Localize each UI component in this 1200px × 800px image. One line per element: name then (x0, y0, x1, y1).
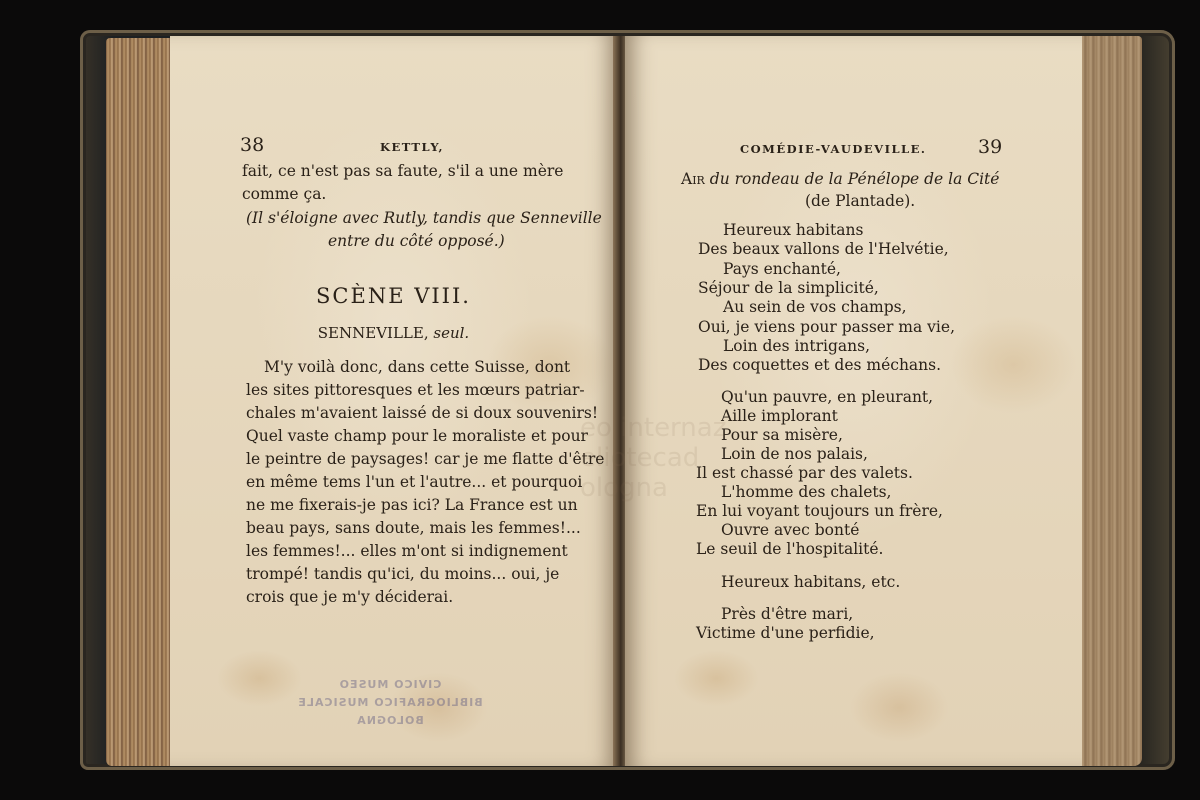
left-page: 38 KETTLY, fait, ce n'est pas sa faute, … (170, 36, 617, 766)
verse-line: En lui voyant toujours un frère, (696, 502, 943, 520)
verse-line: Des coquettes et des méchans. (698, 356, 941, 374)
text-line: comme ça. (242, 185, 326, 203)
monologue-line: crois que je m'y déciderai. (246, 588, 453, 606)
verse-line: Heureux habitans (723, 221, 863, 239)
monologue-line: les sites pittoresques et les mœurs patr… (246, 381, 585, 399)
verse-line: Aille implorant (721, 407, 838, 425)
text-line: fait, ce n'est pas sa faute, s'il a une … (242, 162, 563, 180)
stage-direction: (Il s'éloigne avec Rutly, tandis que Sen… (246, 209, 602, 227)
verse-line: Loin des intrigans, (723, 337, 870, 355)
page-number-left: 38 (240, 134, 264, 156)
verse-line: Oui, je viens pour passer ma vie, (698, 318, 955, 336)
open-book: 38 KETTLY, fait, ce n'est pas sa faute, … (80, 28, 1175, 773)
verse-line: Au sein de vos champs, (723, 298, 907, 316)
monologue-line: trompé! tandis qu'ici, du moins... oui, … (246, 565, 559, 583)
running-head-right: COMÉDIE-VAUDEVILLE. (740, 142, 926, 156)
scene-heading: SCÈNE VIII. (170, 284, 617, 308)
left-page-edges (106, 38, 172, 766)
verse-line: Pour sa misère, (721, 426, 843, 444)
verse-line: L'homme des chalets, (721, 483, 892, 501)
monologue-line: en même tems l'un et l'autre... et pourq… (246, 473, 582, 491)
stage-direction: entre du côté opposé.) (328, 232, 505, 250)
monologue-line: les femmes!... elles m'ont si indignemen… (246, 542, 568, 560)
air-label: Air (681, 170, 705, 188)
page-number-right: 39 (978, 136, 1002, 158)
verse-line: Victime d'une perfidie, (696, 624, 875, 642)
monologue-line: le peintre de paysages! car je me flatte… (246, 450, 604, 468)
watermark-showthrough: eo internaz eliotecad ologna (580, 413, 726, 503)
verse-line: Ouvre avec bonté (721, 521, 859, 539)
speaker-name: SENNEVILLE, (318, 324, 429, 342)
right-page-edges (1080, 36, 1142, 766)
monologue-line: beau pays, sans doute, mais les femmes!.… (246, 519, 581, 537)
library-stamp-showthrough: CIVICO MUSEO BIBLIOGRAFICO MUSICALE BOLO… (275, 676, 505, 730)
verse-refrain: Heureux habitans, etc. (721, 573, 900, 591)
air-composer: (de Plantade). (805, 192, 915, 210)
verse-line: Des beaux vallons de l'Helvétie, (698, 240, 949, 258)
speaker-note: seul. (433, 324, 469, 342)
verse-line: Qu'un pauvre, en pleurant, (721, 388, 933, 406)
verse-line: Il est chassé par des valets. (696, 464, 913, 482)
speaker-heading: SENNEVILLE, seul. (170, 324, 617, 342)
air-title: Air du rondeau de la Pénélope de la Cité (681, 170, 999, 188)
right-page: COMÉDIE-VAUDEVILLE. 39 Air du rondeau de… (625, 36, 1082, 766)
verse-line: Loin de nos palais, (721, 445, 868, 463)
verse-line: Le seuil de l'hospitalité. (696, 540, 883, 558)
running-head-left: KETTLY, (380, 140, 444, 154)
monologue-line: Quel vaste champ pour le moraliste et po… (246, 427, 588, 445)
monologue-line: M'y voilà donc, dans cette Suisse, dont (264, 358, 570, 376)
monologue-line: chales m'avaient laissé de si doux souve… (246, 404, 598, 422)
verse-line: Pays enchanté, (723, 260, 841, 278)
verse-line: Près d'être mari, (721, 605, 853, 623)
verse-line: Séjour de la simplicité, (698, 279, 879, 297)
monologue-line: ne me fixerais-je pas ici? La France est… (246, 496, 578, 514)
